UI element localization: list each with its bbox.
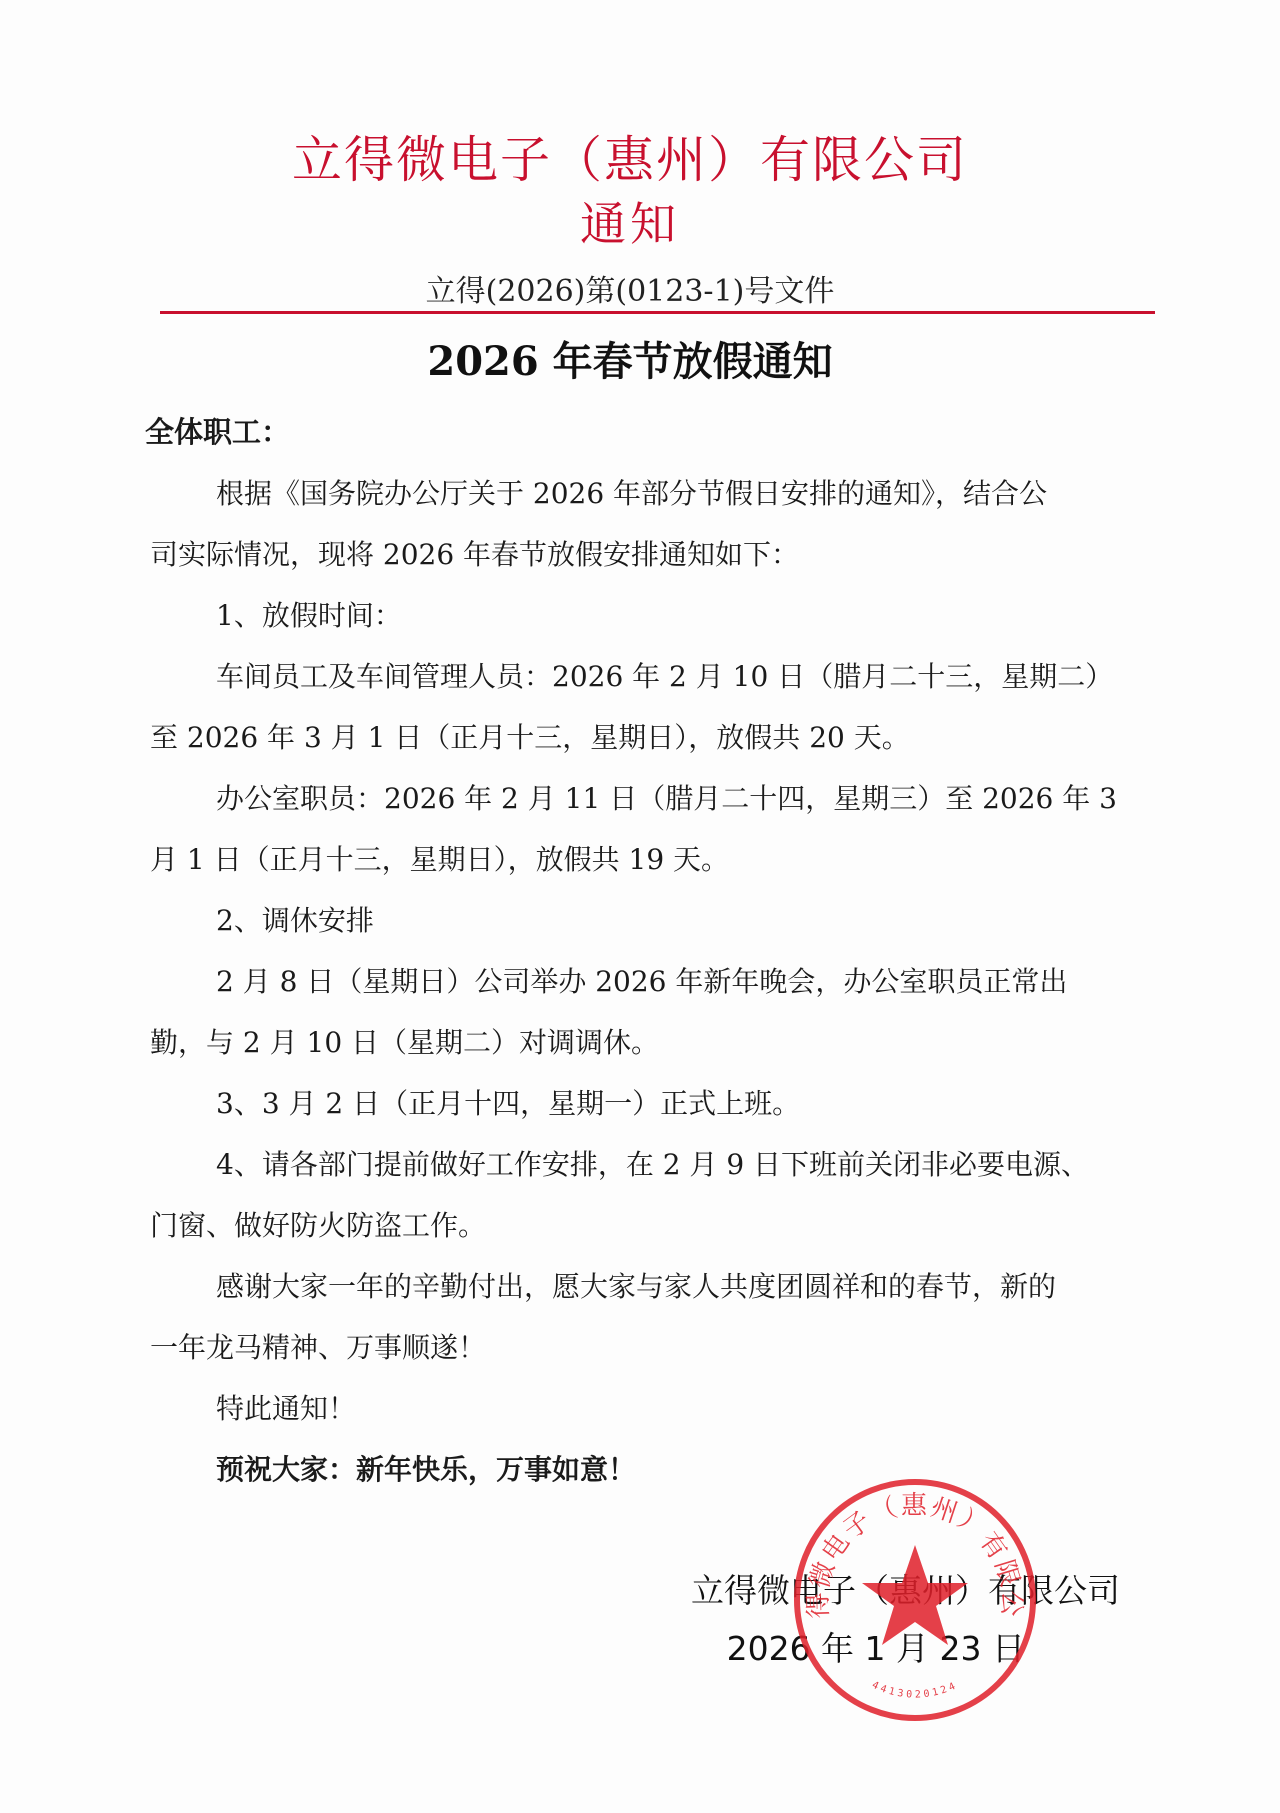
section-4-line-2: 门窗、做好防火防盗工作。 [150,1195,1110,1256]
document-body: 根据《国务院办公厅关于 2026 年部分节假日安排的通知》，结合公 司实际情况，… [150,463,1110,1500]
company-seal-stamp-icon: 立得微电子（惠州）有限公司 4413020124 [790,1475,1040,1725]
document-title: 2026 年春节放假通知 [0,330,1260,387]
section-3-return-to-work: 3、3 月 2 日（正月十四，星期一）正式上班。 [150,1073,1110,1134]
red-divider-rule [160,311,1155,314]
document-page: 立得微电子（惠州）有限公司 通知 立得(2026)第(0123-1)号文件 20… [0,0,1280,1813]
company-letterhead: 立得微电子（惠州）有限公司 [0,120,1260,192]
svg-text:4413020124: 4413020124 [870,1680,960,1701]
workshop-holiday-line-2: 至 2026 年 3 月 1 日（正月十三，星期日），放假共 20 天。 [150,707,1110,768]
office-holiday-line-2: 月 1 日（正月十三，星期日），放假共 19 天。 [150,829,1110,890]
salutation: 全体职工： [145,410,290,451]
section-1-heading: 1、放假时间： [150,585,1110,646]
paragraph-intro-line-1: 根据《国务院办公厅关于 2026 年部分节假日安排的通知》，结合公 [150,463,1110,524]
swap-arrangement-line-2: 勤，与 2 月 10 日（星期二）对调调休。 [150,1012,1110,1073]
notice-heading: 通知 [0,188,1260,254]
star-icon [862,1545,968,1645]
section-4-line-1: 4、请各部门提前做好工作安排，在 2 月 9 日下班前关闭非必要电源、 [150,1134,1110,1195]
closing-remark: 特此通知！ [150,1378,1110,1439]
stamp-code: 4413020124 [870,1680,960,1701]
thanks-line-2: 一年龙马精神、万事顺遂！ [150,1317,1110,1378]
swap-arrangement-line-1: 2 月 8 日（星期日）公司举办 2026 年新年晚会，办公室职员正常出 [150,951,1110,1012]
thanks-line-1: 感谢大家一年的辛勤付出，愿大家与家人共度团圆祥和的春节，新的 [150,1256,1110,1317]
paragraph-intro-line-2: 司实际情况，现将 2026 年春节放假安排通知如下： [150,524,1110,585]
office-holiday-line-1: 办公室职员：2026 年 2 月 11 日（腊月二十四，星期三）至 2026 年… [150,768,1110,829]
workshop-holiday-line-1: 车间员工及车间管理人员：2026 年 2 月 10 日（腊月二十三，星期二） [150,646,1110,707]
section-2-heading: 2、调休安排 [150,890,1110,951]
document-number: 立得(2026)第(0123-1)号文件 [0,266,1260,310]
